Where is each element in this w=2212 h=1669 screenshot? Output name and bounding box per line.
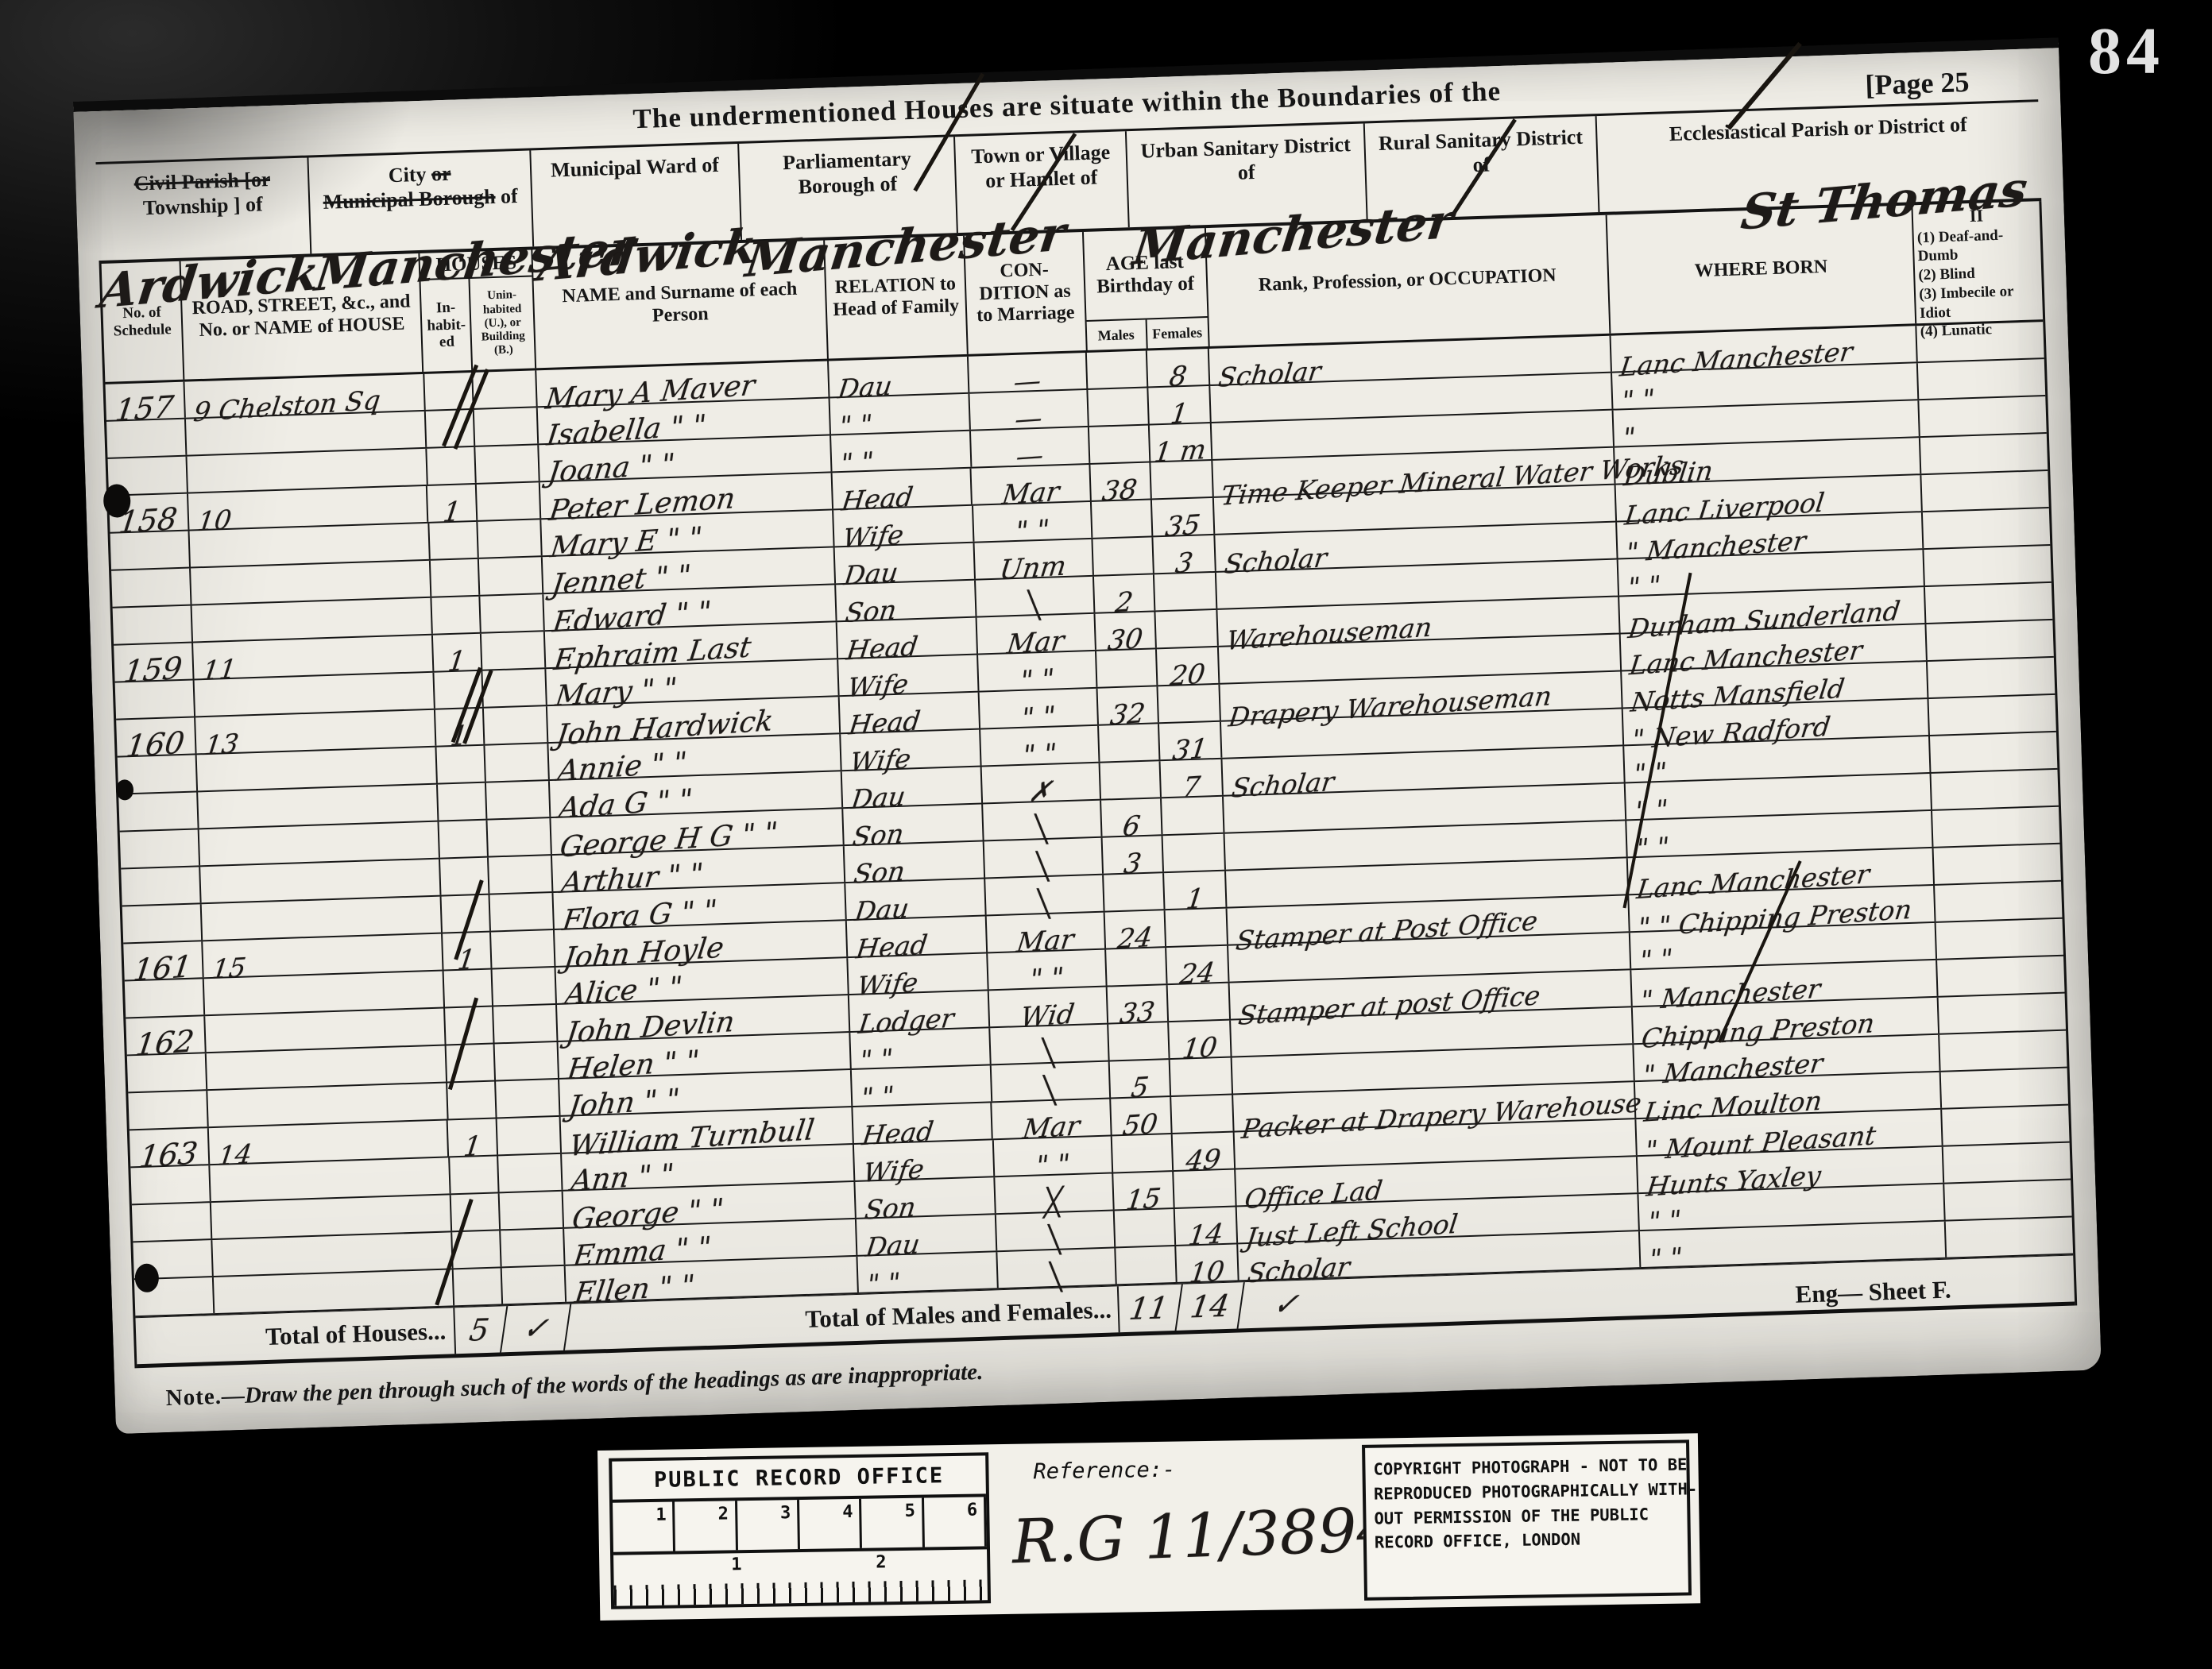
urban-sanitary-cell: Urban Sanitary District of Manchester [1127,124,1368,228]
disability-cell [1929,695,2056,735]
age-female: 35 [1152,498,1215,535]
houses-inhabited: 1 [435,709,485,746]
scale-number: 2 [675,1501,737,1551]
age-female: 20 [1157,647,1220,685]
age-male: 33 [1108,985,1169,1022]
schedule-number [121,867,201,905]
rural-sanitary-label: Rural Sanitary District of [1371,124,1591,180]
age-male: 6 [1102,798,1163,836]
copyright-notice: COPYRIGHT PHOTOGRAPH - NOT TO BE REPRODU… [1362,1439,1692,1600]
disability-cell [1936,919,2063,959]
houses-uninhabited [497,1117,562,1155]
scale-number: 6 [924,1497,987,1547]
houses-inhabited [446,1044,496,1081]
city-borough-cell: City or Municipal Borough of Manchester [308,150,534,253]
disability-cell [1943,1143,2071,1183]
age-female: 8 [1147,349,1210,386]
houses-inhabited [453,1268,503,1305]
houses-inhabited: 1 [427,485,478,522]
disability-cell [1932,807,2059,847]
age-male [1089,425,1150,462]
houses-uninhabited [493,968,557,1006]
ecclesiastical-parish-cell: Ecclesiastical Parish or District of St … [1597,102,2042,212]
road-street [198,785,439,829]
municipal-ward-label: Municipal Ward of [538,152,733,183]
city-borough-label: City or Municipal Borough of [315,159,525,215]
disability-cell [1944,1180,2071,1220]
disability-cell [1920,396,2047,436]
houses-inhabited: 1 [432,634,482,671]
houses-uninhabited [474,370,538,408]
houses-uninhabited [499,1154,563,1192]
age-female: 49 [1173,1132,1236,1169]
road-street: 15 [203,934,443,978]
houses-uninhabited [479,557,543,595]
town-village-label: Town or Village or Hamlet of [961,140,1120,195]
civil-parish-cell: Civil Parish [or Township ] of Ardwick [96,157,312,261]
total-females-value: 14 [1177,1282,1245,1331]
houses-uninhabited [476,445,540,483]
reference-value: R.G 11/3894. [1011,1493,1415,1577]
houses-uninhabited [488,818,552,856]
road-street [205,1008,446,1052]
disability-cell [1934,844,2061,884]
schedule-number [132,1203,212,1241]
total-males-value: 11 [1116,1285,1183,1333]
scale-number: 5 [861,1498,924,1548]
houses-uninhabited [477,482,541,520]
ruler-ticks [614,1579,988,1605]
road-street: 13 [195,710,436,754]
disability-cell [1924,546,2052,585]
age-male [1116,1246,1178,1284]
houses-uninhabited [489,856,553,894]
schedule-number [122,904,203,942]
houses-inhabited [430,559,480,597]
header-males: Males [1086,320,1147,350]
age-female: 24 [1166,946,1229,983]
schedule-number: 159 [114,643,194,681]
parliamentary-borough-label: Parliamentary Borough of [745,145,949,202]
public-record-office-stamp: PUBLIC RECORD OFFICE 123456 1 2 Referenc… [597,1433,1700,1621]
houses-inhabited [447,1081,497,1118]
census-scan-page: 84 The undermentioned Houses are situate… [0,0,2212,1669]
urban-sanitary-label: Urban Sanitary District of [1133,132,1359,188]
disability-cell [1925,583,2052,623]
houses-uninhabited [501,1229,566,1267]
age-female: 10 [1170,1021,1232,1058]
houses-uninhabited [481,632,546,670]
disability-cell [1920,434,2048,473]
road-street [200,860,441,903]
houses-uninhabited [478,520,543,558]
page-number-label: [Page 25 [1865,65,1970,102]
header-uninhabited: Unin-habited (U.), or Building (B.) [470,276,536,369]
houses-inhabited [440,858,490,895]
disability-cell [1930,732,2057,772]
pro-ruler: 1 2 [613,1549,988,1605]
age-male [1100,761,1162,798]
schedule-number [108,457,188,495]
schedule-number [134,1277,215,1315]
schedule-number: 163 [130,1128,210,1166]
ruler-number: 1 [731,1555,742,1574]
disability-cell [1932,770,2059,809]
houses-uninhabited [495,1042,559,1080]
age-male [1089,388,1150,425]
disability-cell [1942,1106,2069,1146]
houses-uninhabited [502,1266,567,1304]
footnote: Note.—Draw the pen through such of the w… [165,1359,984,1412]
road-street [212,1232,453,1276]
disability-cell [1928,658,2055,697]
road-street [191,598,432,642]
houses-inhabited [425,410,475,447]
houses-uninhabited [497,1080,561,1118]
age-male [1087,351,1148,388]
houses-inhabited [439,821,489,858]
houses-uninhabited [481,594,545,632]
houses-uninhabited [493,1005,558,1043]
road-street [199,822,440,866]
ecclesiastical-parish-label: Ecclesiastical Parish or District of [1603,110,2033,149]
schedule-number [133,1240,213,1278]
enumeration-table: No. of Schedule ROAD, STREET, &c., and N… [99,201,2078,1368]
schedule-number [128,1091,208,1129]
disability-cell [1941,1068,2068,1108]
road-street [211,1195,452,1238]
age-female: 31 [1159,722,1222,759]
age-female [1163,834,1226,871]
total-houses-check: ✓ [501,1304,571,1353]
houses-uninhabited [486,781,551,819]
pro-scale-box: PUBLIC RECORD OFFICE 123456 1 2 [609,1452,991,1609]
civil-parish-label: Civil Parish [or Township ] of [102,166,303,222]
age-female: 1 [1164,871,1227,909]
houses-inhabited [445,1007,495,1045]
disability-cell [1923,508,2050,548]
age-male: 38 [1090,462,1151,500]
schedule-number [118,792,199,830]
disability-cell [1937,956,2064,996]
houses-inhabited [424,373,474,410]
disability-cell [1939,1031,2067,1071]
film-frame-number: 84 [2088,13,2164,90]
age-male: 5 [1110,1060,1171,1097]
road-street [191,561,431,605]
houses-uninhabited [490,893,555,931]
table-body: 157 9 Chelston Sq Mary A Maver Dau — 8 S… [106,322,2074,1317]
reference-label: Reference:- [1033,1458,1175,1485]
schedule-number [120,829,200,867]
schedule-number [111,569,191,607]
scale-number: 1 [613,1501,675,1551]
scale-number: 3 [737,1500,800,1550]
schedule-number: 162 [126,1016,206,1054]
road-street [202,897,443,941]
scale-number: 4 [799,1499,862,1549]
disability-cell [1918,359,2045,399]
road-street: 11 [193,636,434,679]
houses-inhabited [427,447,477,485]
age-female [1156,610,1219,647]
road-street: 14 [209,1120,450,1164]
disability-cell [1927,620,2054,660]
schedule-number: 160 [116,717,196,755]
houses-inhabited: 1 [443,933,493,970]
age-male: 32 [1098,686,1159,724]
road-street [187,449,427,493]
road-street [214,1269,454,1313]
houses-uninhabited [484,706,548,744]
disability-cell [1946,1218,2073,1258]
houses-inhabited: 1 [448,1118,498,1156]
age-male: 2 [1094,574,1155,612]
houses-inhabited [431,597,481,634]
disability-cell [1922,471,2049,511]
schedule-number: 161 [123,941,203,979]
age-male [1093,537,1154,574]
age-female [1171,1095,1234,1133]
road-street [207,1045,447,1089]
houses-inhabited [441,895,491,933]
houses-uninhabited [491,930,555,968]
age-female: 14 [1175,1207,1238,1244]
road-street: 10 [188,486,429,530]
houses-uninhabited [485,744,550,782]
road-street [207,1083,448,1126]
disability-cell [1935,882,2062,921]
census-document: The undermentioned Houses are situate wi… [73,37,2102,1434]
houses-uninhabited [500,1192,564,1230]
relation-to-head: Dau [829,357,969,397]
disability-cell [1916,322,2044,361]
houses-inhabited [452,1231,502,1268]
houses-inhabited [451,1193,501,1231]
age-male: 15 [1114,1172,1175,1209]
pro-office-title: PUBLIC RECORD OFFICE [612,1455,986,1502]
schedule-number [113,606,193,644]
houses-inhabited [437,783,487,821]
total-houses-value: 5 [452,1306,508,1354]
houses-uninhabited [474,408,539,446]
header-females: Females [1147,318,1208,348]
parliamentary-borough-cell: Parliamentary Borough of Manchester [739,137,958,240]
age-male: 24 [1105,910,1166,948]
disability-cell [1939,994,2066,1033]
houses-uninhabited [483,669,547,707]
total-houses-label: Total of Houses... [135,1308,456,1364]
road-street: 9 Chelston Sq [184,374,425,418]
marriage-condition: — [969,353,1089,392]
ruler-number: 2 [876,1552,887,1572]
sheet-label: Eng— Sheet F. [1795,1275,1951,1308]
pro-scale-cells: 123456 [613,1497,987,1555]
schedule-number: 158 [109,494,189,532]
schedule-number: 157 [106,382,186,420]
